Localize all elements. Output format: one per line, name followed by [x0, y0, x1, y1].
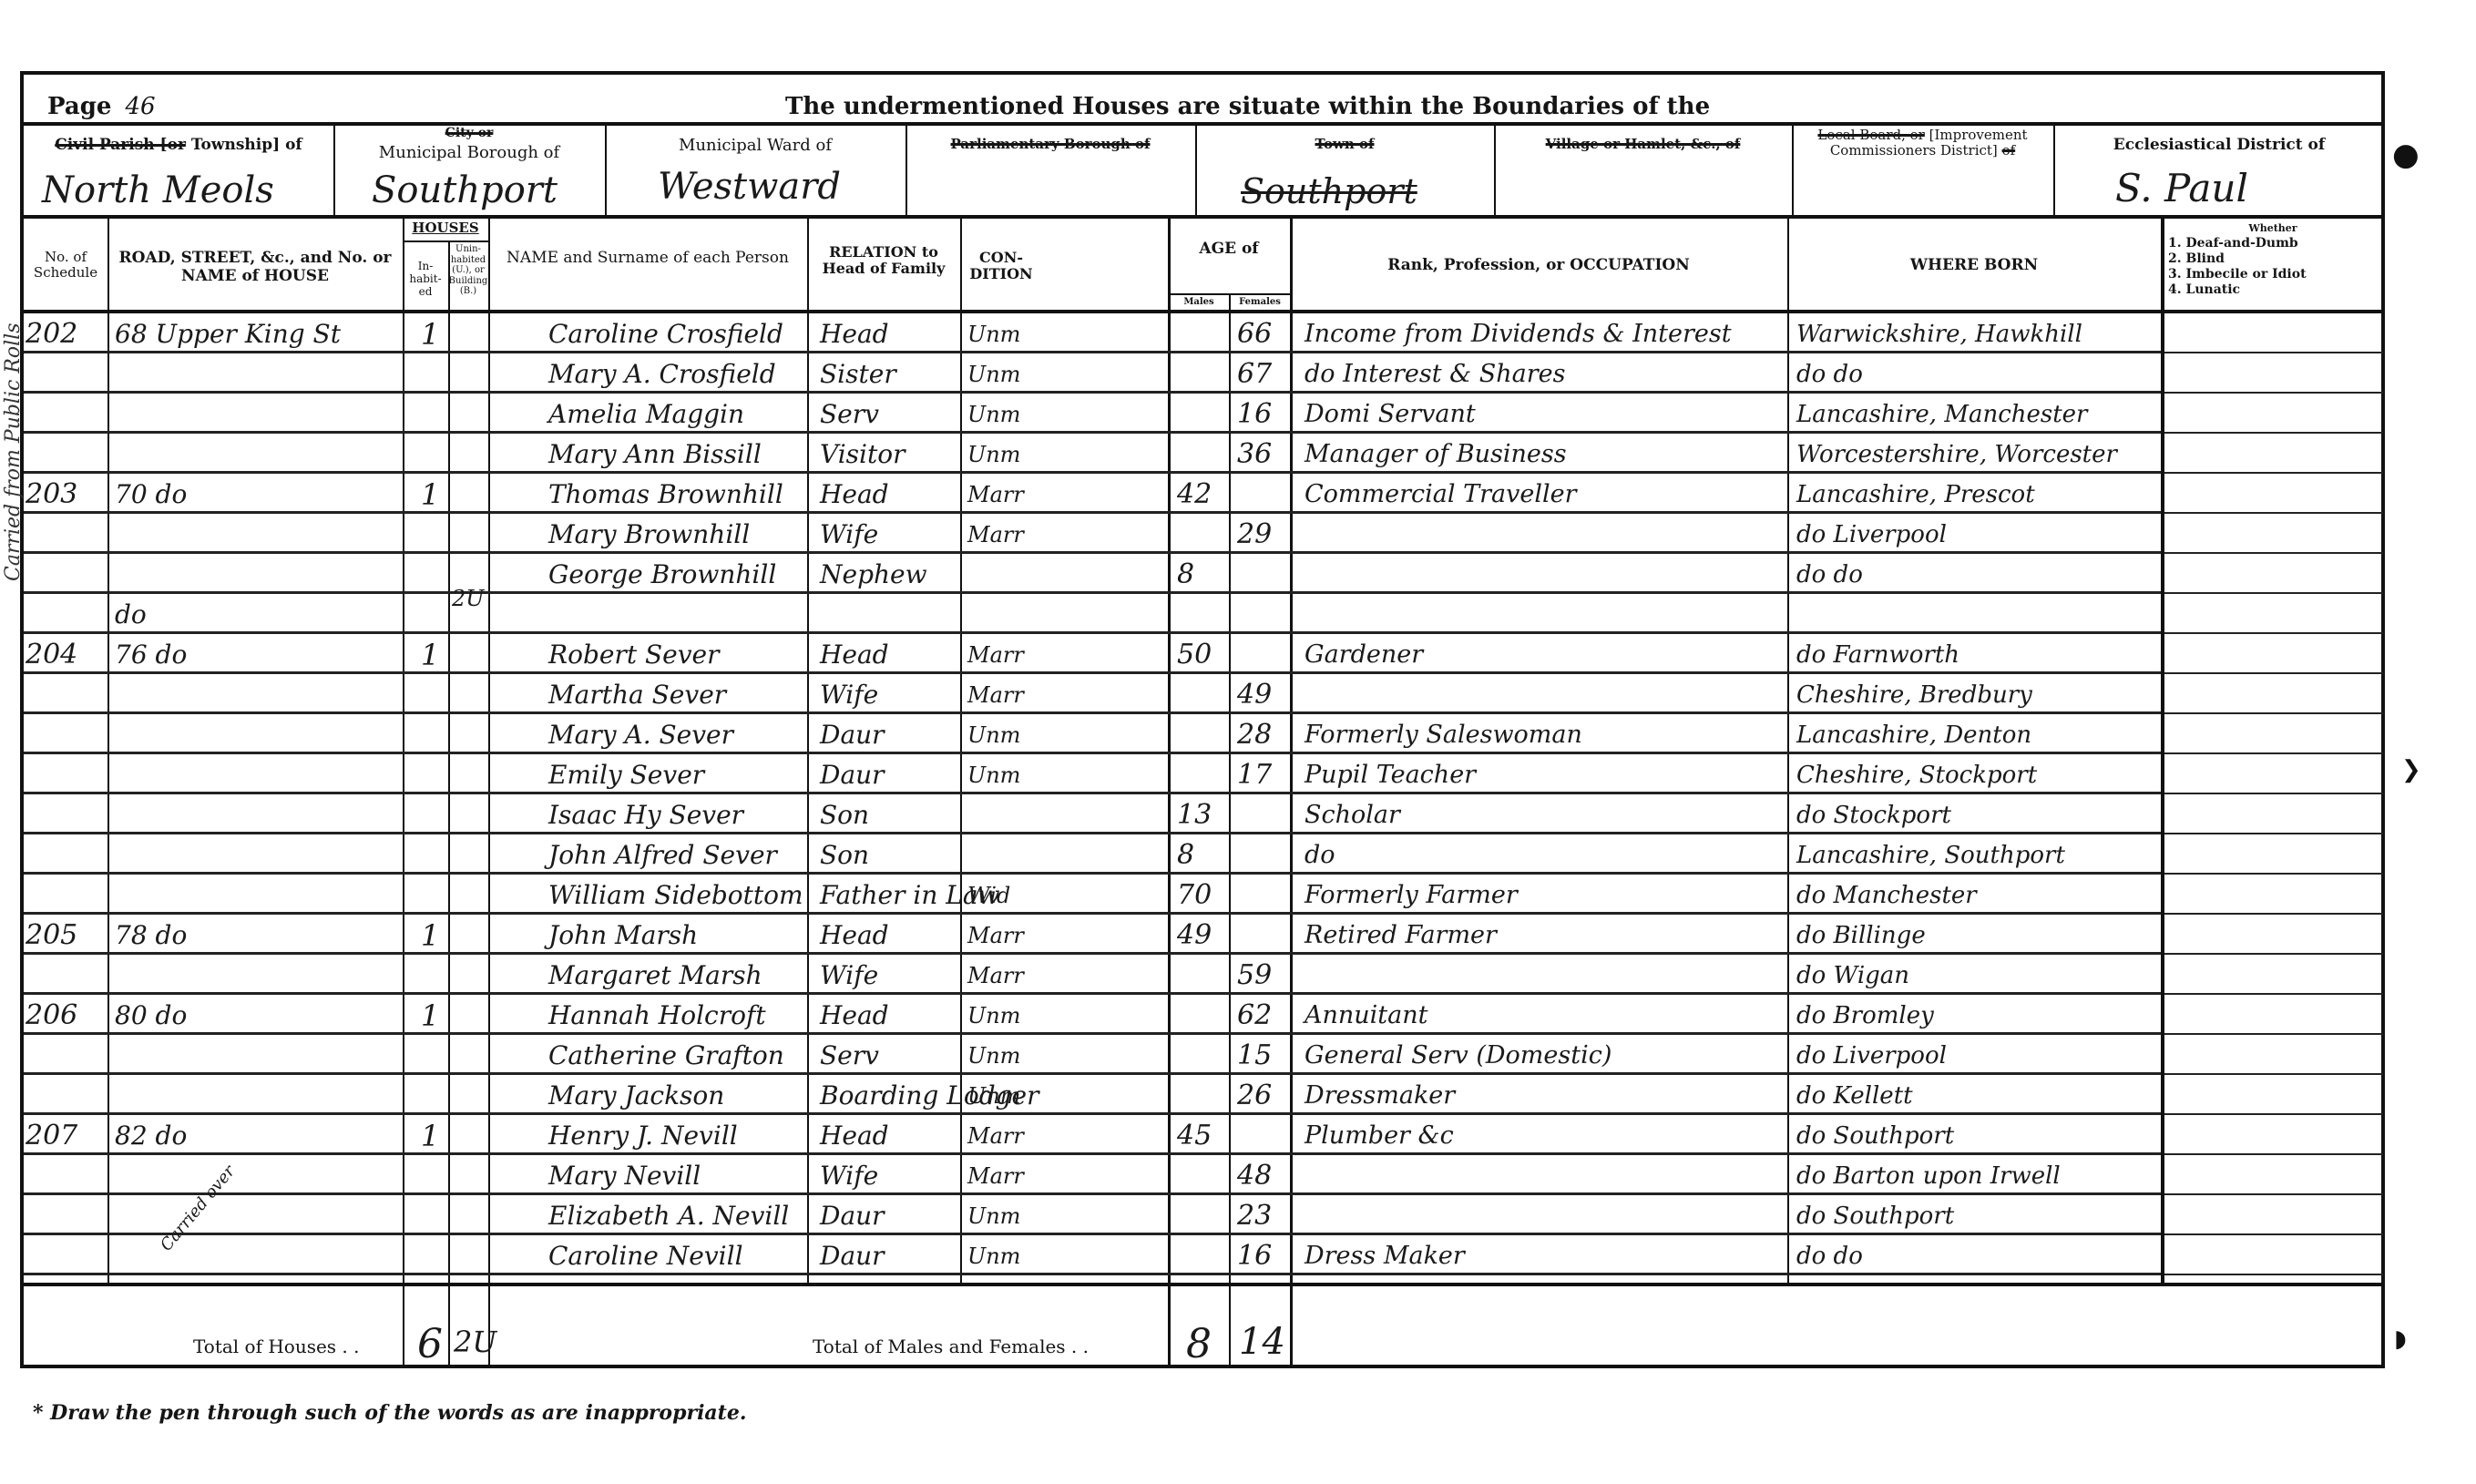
schedule-number — [26, 958, 107, 993]
male-age: 8 — [1177, 838, 1228, 873]
col-males: Males — [1170, 297, 1228, 308]
boundary-ward-label: Municipal Ward of — [605, 137, 905, 156]
col-road: ROAD, STREET, &c., and No. or NAME of HO… — [107, 250, 403, 285]
where-born: Cheshire, Bredbury — [1796, 678, 2161, 712]
inhabited-count — [421, 1079, 448, 1113]
occupation: Commercial Traveller — [1305, 477, 1787, 512]
female-age — [1237, 798, 1288, 833]
uninhabited-count — [452, 421, 488, 455]
table-row: Amelia Maggin Serv Unm 16 Domi Servant L… — [20, 394, 2385, 434]
col-houses: HOUSES — [403, 220, 488, 236]
where-born: do Bromley — [1796, 998, 2161, 1033]
female-age: 23 — [1237, 1199, 1288, 1233]
female-age: 16 — [1237, 1239, 1288, 1274]
inhabited-count: 1 — [421, 477, 448, 512]
uninhabited-count — [452, 661, 488, 696]
table-row: Emily Sever Daur Unm 17 Pupil Teacher Ch… — [20, 754, 2385, 794]
where-born: Warwickshire, Hawkhill — [1796, 317, 2161, 352]
relation: Serv — [820, 1039, 960, 1073]
table-row: 205 78 do 1 John Marsh Head Marr 49 Reti… — [20, 915, 2385, 955]
condition — [967, 798, 1048, 833]
person-name: Margaret Marsh — [548, 958, 807, 993]
total-females: 14 — [1239, 1321, 1285, 1363]
inhabited-count — [421, 678, 448, 712]
relation: Serv — [820, 397, 960, 432]
inhabited-count — [421, 437, 448, 472]
where-born: do do — [1796, 558, 2161, 592]
page-label: Page 46 — [47, 93, 156, 120]
relation: Daur — [820, 758, 960, 793]
where-born: Worcestershire, Worcester — [1796, 437, 2161, 472]
table-row: Mary Ann Bissill Visitor Unm 36 Manager … — [20, 434, 2385, 474]
condition: Marr — [967, 517, 1048, 552]
female-age: 15 — [1237, 1039, 1288, 1073]
road-address — [115, 437, 403, 472]
inhabited-count: 1 — [421, 1119, 448, 1153]
female-age: 29 — [1237, 517, 1288, 552]
person-name: Emily Sever — [548, 758, 807, 793]
boundary-town-value: Southport — [1241, 171, 1417, 211]
uninhabited-count — [452, 1062, 488, 1097]
schedule-number — [26, 838, 107, 873]
uninhabited-count: 2U — [452, 581, 488, 616]
schedule-number: 205 — [26, 918, 107, 953]
road-address: do — [115, 598, 403, 632]
condition — [967, 558, 1048, 592]
relation — [820, 598, 960, 632]
person-name: Caroline Nevill — [548, 1239, 807, 1274]
female-age: 36 — [1237, 437, 1288, 472]
schedule-number: 202 — [26, 317, 107, 352]
inhabited-count — [421, 397, 448, 432]
person-name: Mary Ann Bissill — [548, 437, 807, 472]
male-age: 13 — [1177, 798, 1228, 833]
occupation: General Serv (Domestic) — [1305, 1039, 1787, 1073]
inhabited-count — [421, 878, 448, 913]
table-row: Mary A. Crosfield Sister Unm 67 do Inter… — [20, 353, 2385, 394]
where-born: do Billinge — [1796, 918, 2161, 953]
table-row: Catherine Grafton Serv Unm 15 General Se… — [20, 1035, 2385, 1075]
relation: Boarding Lodger — [820, 1079, 960, 1113]
occupation: do — [1305, 838, 1787, 873]
schedule-number — [26, 598, 107, 632]
where-born: Lancashire, Prescot — [1796, 477, 2161, 512]
male-age — [1177, 758, 1228, 793]
person-name: Elizabeth A. Nevill — [548, 1199, 807, 1233]
male-age — [1177, 598, 1228, 632]
person-name: Mary Nevill — [548, 1159, 807, 1193]
inhabited-count: 1 — [421, 638, 448, 672]
occupation: Dressmaker — [1305, 1079, 1787, 1113]
road-address — [115, 718, 403, 752]
person-name: Isaac Hy Sever — [548, 798, 807, 833]
male-age — [1177, 1079, 1228, 1113]
boundary-village-label: Village or Hamlet, &c., of — [1494, 137, 1792, 152]
road-address: 68 Upper King St — [115, 317, 403, 352]
where-born: do Manchester — [1796, 878, 2161, 913]
where-born: do Farnworth — [1796, 638, 2161, 672]
total-houses-label: Total of Houses . . — [193, 1336, 360, 1357]
female-age — [1237, 638, 1288, 672]
person-name: Caroline Crosfield — [548, 317, 807, 352]
uninhabited-count — [452, 701, 488, 736]
condition: Marr — [967, 638, 1048, 672]
census-page: Page 46 The undermentioned Houses are si… — [20, 71, 2385, 1365]
female-age: 67 — [1237, 357, 1288, 392]
occupation — [1305, 678, 1787, 712]
uninhabited-count — [452, 742, 488, 776]
relation: Sister — [820, 357, 960, 392]
col-uninhabited: Unin-habited (U.), or Building (B.) — [448, 244, 488, 297]
where-born: do Barton upon Irwell — [1796, 1159, 2161, 1193]
table-row: Isaac Hy Sever Son 13 Scholar do Stockpo… — [20, 794, 2385, 834]
boundary-parliamentary-label: Parliamentary Borough of — [905, 137, 1195, 152]
col-age: AGE of — [1168, 241, 1290, 259]
col-infirmity: Whether 1. Deaf-and-Dumb 2. Blind 3. Imb… — [2168, 220, 2378, 298]
uninhabited-count — [452, 1182, 488, 1217]
occupation: Pupil Teacher — [1305, 758, 1787, 793]
relation: Wife — [820, 517, 960, 552]
person-name: Robert Sever — [548, 638, 807, 672]
schedule-number — [26, 718, 107, 752]
schedule-number: 204 — [26, 638, 107, 672]
condition: Unm — [967, 1199, 1048, 1233]
footnote: * Draw the pen through such of the words… — [33, 1401, 747, 1425]
table-row: 206 80 do 1 Hannah Holcroft Head Unm 62 … — [20, 995, 2385, 1035]
table-row: Mary Nevill Wife Marr 48 do Barton upon … — [20, 1155, 2385, 1195]
row-rule-infirmity — [2164, 1274, 2383, 1275]
occupation — [1305, 517, 1787, 552]
schedule-number — [26, 878, 107, 913]
male-age — [1177, 1239, 1228, 1274]
person-name — [548, 598, 807, 632]
top-rule — [20, 71, 2385, 75]
page-number: 46 — [125, 93, 155, 120]
male-age: 8 — [1177, 558, 1228, 592]
relation: Nephew — [820, 558, 960, 592]
road-address — [115, 878, 403, 913]
male-age — [1177, 958, 1228, 993]
schedule-number — [26, 558, 107, 592]
road-address — [115, 958, 403, 993]
schedule-number — [26, 1239, 107, 1274]
relation: Head — [820, 918, 960, 953]
total-uninhabited: 2U — [454, 1325, 496, 1359]
condition: Unm — [967, 718, 1048, 752]
person-name: Hannah Holcroft — [548, 998, 807, 1033]
uninhabited-count — [452, 1142, 488, 1177]
person-name: William Sidebottom — [548, 878, 807, 913]
binding-mark-bottom: ◗ — [2394, 1325, 2407, 1353]
uninhabited-count — [452, 782, 488, 816]
col-schedule: No. of Schedule — [24, 250, 107, 281]
condition: Wid — [967, 878, 1048, 913]
road-address — [115, 1199, 403, 1233]
col-occupation: Rank, Profession, or OCCUPATION — [1290, 257, 1787, 275]
schedule-number — [26, 1159, 107, 1193]
road-address — [115, 558, 403, 592]
condition: Unm — [967, 758, 1048, 793]
inhabited-count — [421, 1159, 448, 1193]
inhabited-count — [421, 357, 448, 392]
road-address — [115, 1039, 403, 1073]
page-heading: The undermentioned Houses are situate wi… — [785, 93, 1710, 120]
row-rule — [24, 1273, 2161, 1275]
road-address: 80 do — [115, 998, 403, 1033]
occupation: Dress Maker — [1305, 1239, 1787, 1274]
relation: Father in Law — [820, 878, 960, 913]
col-condition: CON-DITION — [960, 250, 1042, 283]
relation: Son — [820, 838, 960, 873]
occupation — [1305, 958, 1787, 993]
occupation: Manager of Business — [1305, 437, 1787, 472]
total-males: 8 — [1186, 1321, 1212, 1367]
where-born — [1796, 598, 2161, 632]
occupation: Retired Farmer — [1305, 918, 1787, 953]
schedule-number: 203 — [26, 477, 107, 512]
person-name: John Alfred Sever — [548, 838, 807, 873]
boundary-borough-struck: City or — [333, 126, 605, 140]
male-age — [1177, 317, 1228, 352]
boundary-ward-value: Westward — [658, 166, 841, 208]
where-born: Lancashire, Denton — [1796, 718, 2161, 752]
inhabited-count — [421, 1039, 448, 1073]
condition: Unm — [967, 437, 1048, 472]
table-row: Mary Jackson Boarding Lodger Unm 26 Dres… — [20, 1075, 2385, 1115]
boundary-township-label: Civil Parish [or Township] of — [24, 137, 333, 155]
condition: Marr — [967, 477, 1048, 512]
relation: Wife — [820, 958, 960, 993]
uninhabited-count — [452, 1102, 488, 1137]
uninhabited-count — [452, 541, 488, 576]
relation: Head — [820, 477, 960, 512]
female-age: 49 — [1237, 678, 1288, 712]
where-born: do Liverpool — [1796, 517, 2161, 552]
occupation: Domi Servant — [1305, 397, 1787, 432]
person-name: John Marsh — [548, 918, 807, 953]
road-address — [115, 517, 403, 552]
road-address — [115, 798, 403, 833]
table-row: Mary Brownhill Wife Marr 29 do Liverpool — [20, 514, 2385, 554]
where-born: Lancashire, Manchester — [1796, 397, 2161, 432]
relation: Head — [820, 1119, 960, 1153]
relation: Wife — [820, 678, 960, 712]
person-name: Catherine Grafton — [548, 1039, 807, 1073]
occupation: do Interest & Shares — [1305, 357, 1787, 392]
male-age — [1177, 1199, 1228, 1233]
relation: Daur — [820, 718, 960, 752]
boundary-ecclesiastical-label: Ecclesiastical District of — [2053, 137, 2385, 155]
road-address — [115, 397, 403, 432]
inhabited-count — [421, 798, 448, 833]
binding-mark: ❯ — [2401, 756, 2421, 783]
table-row: 203 70 do 1 Thomas Brownhill Head Marr 4… — [20, 474, 2385, 514]
condition: Marr — [967, 918, 1048, 953]
female-age: 66 — [1237, 317, 1288, 352]
where-born: do Southport — [1796, 1199, 2161, 1233]
relation: Wife — [820, 1159, 960, 1193]
occupation: Formerly Farmer — [1305, 878, 1787, 913]
table-row: Elizabeth A. Nevill Daur Unm 23 do South… — [20, 1195, 2385, 1235]
person-name: Amelia Maggin — [548, 397, 807, 432]
occupation: Income from Dividends & Interest — [1305, 317, 1787, 352]
schedule-number — [26, 1199, 107, 1233]
person-name: Mary A. Crosfield — [548, 357, 807, 392]
male-age — [1177, 1159, 1228, 1193]
occupation — [1305, 598, 1787, 632]
occupation: Plumber &c — [1305, 1119, 1787, 1153]
male-age: 42 — [1177, 477, 1228, 512]
total-inhabited: 6 — [417, 1321, 443, 1367]
inhabited-count — [421, 838, 448, 873]
inhabited-count: 1 — [421, 918, 448, 953]
male-age — [1177, 718, 1228, 752]
condition: Unm — [967, 1039, 1048, 1073]
female-age — [1237, 838, 1288, 873]
road-address — [115, 1159, 403, 1193]
condition: Unm — [967, 357, 1048, 392]
inhabited-count — [421, 517, 448, 552]
road-address — [115, 357, 403, 392]
male-age — [1177, 998, 1228, 1033]
where-born: do Kellett — [1796, 1079, 2161, 1113]
female-age — [1237, 878, 1288, 913]
table-row: Caroline Nevill Daur Unm 16 Dress Maker … — [20, 1235, 2385, 1275]
inhabited-count — [421, 598, 448, 632]
relation: Head — [820, 317, 960, 352]
person-name: Martha Sever — [548, 678, 807, 712]
schedule-number — [26, 758, 107, 793]
person-name: Mary Brownhill — [548, 517, 807, 552]
uninhabited-count — [452, 902, 488, 936]
male-age — [1177, 678, 1228, 712]
uninhabited-count — [452, 862, 488, 896]
condition: Marr — [967, 1119, 1048, 1153]
inhabited-count — [421, 558, 448, 592]
road-address — [115, 758, 403, 793]
col-where-born: WHERE BORN — [1787, 257, 2161, 275]
male-age — [1177, 437, 1228, 472]
uninhabited-count — [452, 341, 488, 375]
female-age: 62 — [1237, 998, 1288, 1033]
female-age: 28 — [1237, 718, 1288, 752]
occupation — [1305, 1199, 1787, 1233]
relation: Head — [820, 638, 960, 672]
table-row: William Sidebottom Father in Law Wid 70 … — [20, 875, 2385, 915]
occupation: Annuitant — [1305, 998, 1787, 1033]
col-name: NAME and Surname of each Person — [488, 250, 807, 268]
inhabited-count: 1 — [421, 998, 448, 1033]
uninhabited-count — [452, 381, 488, 415]
male-age — [1177, 357, 1228, 392]
where-born: Lancashire, Southport — [1796, 838, 2161, 873]
condition — [967, 838, 1048, 873]
where-born: do do — [1796, 357, 2161, 392]
condition: Unm — [967, 998, 1048, 1033]
road-address: 78 do — [115, 918, 403, 953]
schedule-number — [26, 1079, 107, 1113]
where-born: do Liverpool — [1796, 1039, 2161, 1073]
schedule-number — [26, 437, 107, 472]
male-age — [1177, 1039, 1228, 1073]
col-females: Females — [1231, 297, 1289, 308]
schedule-number — [26, 678, 107, 712]
table-row: 204 76 do 1 Robert Sever Head Marr 50 Ga… — [20, 634, 2385, 674]
road-address — [115, 838, 403, 873]
female-age: 26 — [1237, 1079, 1288, 1113]
total-persons-label: Total of Males and Females . . — [813, 1336, 1089, 1357]
condition: Marr — [967, 958, 1048, 993]
table-row: 207 82 do 1 Henry J. Nevill Head Marr 45… — [20, 1115, 2385, 1155]
table-row: Martha Sever Wife Marr 49 Cheshire, Bred… — [20, 674, 2385, 714]
person-name: Thomas Brownhill — [548, 477, 807, 512]
road-address: 70 do — [115, 477, 403, 512]
relation: Son — [820, 798, 960, 833]
uninhabited-count — [452, 1223, 488, 1257]
condition: Marr — [967, 1159, 1048, 1193]
road-address: 82 do — [115, 1119, 403, 1153]
condition: Marr — [967, 678, 1048, 712]
where-born: do do — [1796, 1239, 2161, 1274]
where-born: do Wigan — [1796, 958, 2161, 993]
col-inhabited: In-habit-ed — [403, 261, 448, 298]
where-born: do Stockport — [1796, 798, 2161, 833]
col-relation: RELATION to Head of Family — [807, 244, 960, 278]
person-name: Henry J. Nevill — [548, 1119, 807, 1153]
boundary-improvement-label: Local Board, or [Improvement Commissione… — [1792, 128, 2053, 159]
female-age — [1237, 558, 1288, 592]
relation: Daur — [820, 1199, 960, 1233]
totals-bottom-rule — [20, 1365, 2385, 1368]
person-name: George Brownhill — [548, 558, 807, 592]
relation: Visitor — [820, 437, 960, 472]
male-age: 50 — [1177, 638, 1228, 672]
schedule-number: 207 — [26, 1119, 107, 1153]
male-age — [1177, 517, 1228, 552]
uninhabited-count — [452, 982, 488, 1017]
where-born: do Southport — [1796, 1119, 2161, 1153]
male-age: 49 — [1177, 918, 1228, 953]
table-row: do 2U — [20, 594, 2385, 634]
female-age — [1237, 918, 1288, 953]
schedule-number — [26, 397, 107, 432]
condition: Unm — [967, 1079, 1048, 1113]
uninhabited-count — [452, 942, 488, 977]
occupation: Scholar — [1305, 798, 1787, 833]
occupation — [1305, 1159, 1787, 1193]
condition: Unm — [967, 397, 1048, 432]
occupation: Gardener — [1305, 638, 1787, 672]
relation: Head — [820, 998, 960, 1033]
uninhabited-count — [452, 501, 488, 536]
inhabited-count — [421, 958, 448, 993]
condition: Unm — [967, 1239, 1048, 1274]
table-row: 202 68 Upper King St 1 Caroline Crosfiel… — [20, 313, 2385, 353]
boundary-town-label: Town of — [1195, 137, 1494, 152]
female-age: 16 — [1237, 397, 1288, 432]
female-age: 17 — [1237, 758, 1288, 793]
inhabited-count — [421, 718, 448, 752]
schedule-number — [26, 1039, 107, 1073]
boundary-borough-value: Southport — [372, 169, 558, 211]
road-address: 76 do — [115, 638, 403, 672]
where-born: Cheshire, Stockport — [1796, 758, 2161, 793]
uninhabited-count — [452, 1022, 488, 1057]
boundaries-rule — [20, 215, 2385, 219]
condition: Unm — [967, 317, 1048, 352]
occupation: Formerly Saleswoman — [1305, 718, 1787, 752]
binding-hole-mark: ● — [2392, 137, 2420, 173]
